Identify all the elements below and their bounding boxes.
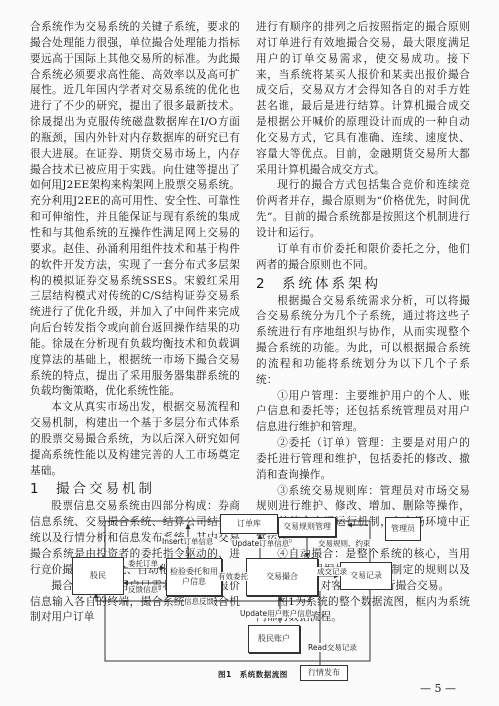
- label-entrust-order: 委托订单: [128, 559, 158, 568]
- data-flow-diagram: 股民 检验委托和用户信息 订单库 交易规则管理 管理员 交易撮合 交易记录 股民…: [70, 513, 470, 693]
- left-paragraph-2: 本文从真实市场出发，根据交易流程和交易机制，构建出一个基于多层分布式体系的股票交…: [30, 400, 240, 479]
- left-paragraph-1: 合系统作为交易系统的关键子系统，要求的撮合处理能力很强，单位撮合处理能力指标要远…: [30, 20, 240, 400]
- administrator-box: 管理员: [385, 517, 421, 541]
- right-paragraph-2: 现行的撮合方式包括集合竞价和连续竞价两者并存，撮合原则为“价格优先，时间优先”。…: [256, 178, 470, 241]
- list-item-order-management: ②委托（订单）管理：主要是对用户的委托进行管理和维护，包括委托的修改、撤消和查询…: [256, 436, 470, 484]
- label-insert-order: Insert订单信息: [162, 537, 214, 546]
- label-feedback: 反馈信息: [128, 585, 158, 594]
- right-paragraph-3: 订单有市价委托和限价委托之分，他们两者的撮合原则也不同。: [256, 242, 470, 274]
- section-1-number: 1: [30, 480, 56, 498]
- list-item-user-management: ①用户管理：主要维护用户的个人、账户信息和委托等；还包括系统管理员对用户信息进行…: [256, 389, 470, 437]
- trade-matching-box: 交易撮合: [246, 558, 318, 596]
- label-info-feedback: 信息反馈: [184, 597, 214, 606]
- page-number: — 5 —: [420, 682, 456, 695]
- section-2-heading: 2系统体系架构: [256, 275, 470, 293]
- right-paragraph-4: 根据撮合交易系统需求分析，可以将撮合交易系统分为几个子系统，通过将这些子系统进行…: [256, 294, 470, 389]
- label-rules-constraints: 交易规则、约束: [318, 539, 371, 548]
- investor-box: 股民: [72, 557, 124, 595]
- trade-rules-management-box: 交易规则管理: [278, 517, 336, 537]
- label-read-record: Read交易记录: [308, 643, 357, 652]
- order-database-box: 订单库: [220, 514, 278, 534]
- label-update-account: Update用户账户信息: [240, 609, 312, 618]
- label-valid-entrust: 有效委托: [218, 572, 248, 581]
- right-paragraph-1: 进行有顺序的排列之后按照指定的撮合原则对订单进行有效地撮合交易，最大限度满足用户…: [256, 20, 470, 178]
- market-publish-box: 行情发布: [300, 665, 348, 681]
- label-deal-record: 成交记录: [317, 567, 347, 576]
- trade-record-box: 交易记录: [340, 562, 392, 590]
- section-2-title: 系统体系架构: [282, 276, 381, 292]
- investor-account-box: 股民账户: [248, 625, 300, 653]
- figure-caption: 图1 系统数据流图: [218, 669, 288, 680]
- label-update-order: Update订单信息: [232, 539, 289, 548]
- section-2-number: 2: [256, 275, 282, 293]
- validate-order-box: 检验委托和用户信息: [166, 558, 222, 596]
- section-1-heading: 1撮合交易机制: [30, 480, 240, 498]
- section-1-title: 撮合交易机制: [56, 481, 155, 497]
